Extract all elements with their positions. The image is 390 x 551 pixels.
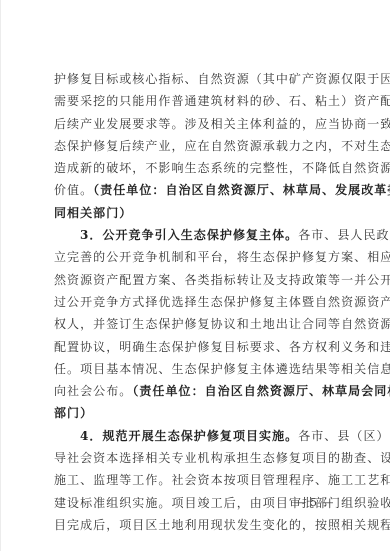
text-line: 施工、监理等工作。社会资本按项目管理程序、施工工艺和工程 [54,469,344,491]
text-line: 价值。（责任单位：自治区自然资源厅、林草局、发展改革委会 [54,179,344,201]
text-line: 向社会公布。（责任单位：自治区自然资源厅、林草局会同相关 [54,380,344,402]
paragraph-text: 护修复目标或核心指标、自然资源（其中矿产资源仅限于因项目 [54,72,390,86]
text-line: 后续产业发展要求等。涉及相关主体利益的，应当协商一致。生 [54,113,344,135]
responsible-unit-note: （责任单位：自治区自然资源厅、林草局会同相关 [132,384,390,398]
paragraph-text: 造成新的破坏，不影响生态系统的完整性，不降低自然资源资产 [54,161,390,175]
text-line: 目完成后，项目区土地利用现状发生变化的，按照相关规程纳入 [54,514,344,536]
paragraph-text: 各市、县（区）要指 [298,429,390,443]
text-line: 然资源资产配置方案、各类指标转让及支持政策等一并公开，通 [54,269,344,291]
paragraph-text: 过公开竞争方式择优选择生态保护修复主体暨自然资源资产使用 [54,295,390,309]
responsible-unit-note: 部门） [54,406,93,420]
paragraph-text: 向社会公布。 [54,384,132,398]
paragraph-text: 配置协议，明确生态保护修复目标要求、各方权利义务和违约责 [54,340,390,354]
section-heading-line: 3．公开竞争引入生态保护修复主体。各市、县人民政府建 [54,224,344,246]
text-line: 任。项目基本情况、生态保护修复主体遴选结果等相关信息及时 [54,358,344,380]
text-line: 同相关部门） [54,202,344,224]
responsible-unit-note: 同相关部门） [54,206,132,220]
text-line: 部门） [54,402,344,424]
text-line: 立完善的公开竞争机制和平台，将生态保护修复方案、相应的自 [54,246,344,268]
paragraph-text: 导社会资本选择相关专业机构承担生态修复项目的勘查、设计、 [54,451,390,465]
section-heading-line: 4．规范开展生态保护修复项目实施。各市、县（区）要指 [54,425,344,447]
paragraph-text: 态保护修复后续产业，应在自然资源承载力之内，不对生态系统 [54,139,390,153]
text-line: 造成新的破坏，不影响生态系统的完整性，不降低自然资源资产 [54,157,344,179]
paragraph-text: 后续产业发展要求等。涉及相关主体利益的，应当协商一致。生 [54,117,390,131]
text-line: 权人，并签订生态保护修复协议和土地出让合同等自然资源资产 [54,313,344,335]
document-page: 护修复目标或核心指标、自然资源（其中矿产资源仅限于因项目需要采挖的只能用作普通建… [0,0,390,551]
text-line: 态保护修复后续产业，应在自然资源承载力之内，不对生态系统 [54,135,344,157]
paragraph-text: 然资源资产配置方案、各类指标转让及支持政策等一并公开，通 [54,273,390,287]
responsible-unit-note: （责任单位：自治区自然资源厅、林草局、发展改革委会 [93,183,390,197]
paragraph-text: 建设标准组织实施。项目竣工后，由项目审批部门组织验收。项 [54,496,390,510]
paragraph-text: 价值。 [54,183,93,197]
document-body: 护修复目标或核心指标、自然资源（其中矿产资源仅限于因项目需要采挖的只能用作普通建… [54,68,344,536]
text-line: 护修复目标或核心指标、自然资源（其中矿产资源仅限于因项目 [54,68,344,90]
section-heading: 4．规范开展生态保护修复项目实施。 [80,429,298,443]
paragraph-text: 需要采挖的只能用作普通建筑材料的砂、石、粘土）资产配置及 [54,94,390,108]
text-line: 过公开竞争方式择优选择生态保护修复主体暨自然资源资产使用 [54,291,344,313]
section-heading: 3．公开竞争引入生态保护修复主体。 [80,228,298,242]
paragraph-text: 任。项目基本情况、生态保护修复主体遴选结果等相关信息及时 [54,362,390,376]
text-line: 需要采挖的只能用作普通建筑材料的砂、石、粘土）资产配置及 [54,90,344,112]
text-line: 导社会资本选择相关专业机构承担生态修复项目的勘查、设计、 [54,447,344,469]
paragraph-text: 各市、县人民政府建 [298,228,390,242]
paragraph-text: 目完成后，项目区土地利用现状发生变化的，按照相关规程纳入 [54,518,390,532]
paragraph-text: 施工、监理等工作。社会资本按项目管理程序、施工工艺和工程 [54,473,390,487]
paragraph-text: 权人，并签订生态保护修复协议和土地出让合同等自然资源资产 [54,317,390,331]
paragraph-text: 立完善的公开竞争机制和平台，将生态保护修复方案、相应的自 [54,250,390,264]
page-number: — 5 — [291,496,337,509]
text-line: 配置协议，明确生态保护修复目标要求、各方权利义务和违约责 [54,336,344,358]
